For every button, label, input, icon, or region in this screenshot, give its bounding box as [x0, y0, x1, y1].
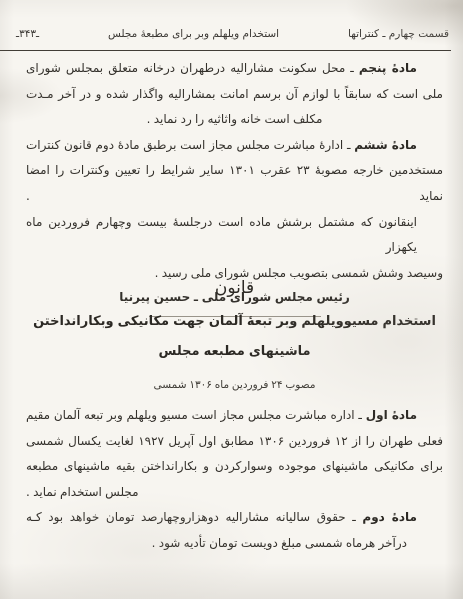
header-page-number: ـ۳۴۳ـ — [16, 28, 39, 40]
header-rule — [0, 50, 451, 51]
article-six-label: مادهٔ ششم — [354, 138, 417, 152]
new-law-section: قانون استخدام مسیوویلهلم وبر تبعهٔ آلمان… — [26, 276, 443, 557]
article-two-paragraph: مادهٔ دوم ـ حقوق سالیانه مشارالیه دوهزار… — [26, 505, 443, 556]
law-articles: مادهٔ اول ـ اداره مباشرت مجلس مجاز است م… — [26, 403, 443, 557]
ratification-paragraph: اینقانون که مشتمل برشش ماده است درجلسهٔ … — [26, 210, 443, 287]
article-one-text-1: ـ اداره مباشرت مجلس مجاز است مسیو ویلهلم… — [26, 408, 362, 422]
article-five-line-2: ملی است که سابقاً با لوازم آن برسم امانت… — [26, 82, 443, 108]
article-one-line-3: برای مکانیکی ماشینهای موجوده وسوارکردن و… — [26, 454, 443, 480]
article-one-line-4: مجلس استخدام نماید . — [26, 480, 443, 506]
article-six-paragraph: مادهٔ ششم ـ ادارهٔ مباشرت مجلس مجاز است … — [26, 133, 443, 210]
ratification-line-1: اینقانون که مشتمل برشش ماده است درجلسهٔ … — [26, 210, 443, 261]
article-two-label: مادهٔ دوم — [362, 510, 417, 524]
article-one-label: مادهٔ اول — [366, 408, 417, 422]
scanned-document-page: قسمت چهارم ـ کنتراتها استخدام ویلهلم وبر… — [0, 0, 463, 599]
page-header: قسمت چهارم ـ کنتراتها استخدام ویلهلم وبر… — [16, 28, 449, 40]
law-approval-date: مصوب ۲۴ فروردین ماه ۱۳۰۶ شمسی — [26, 379, 443, 392]
article-one-paragraph: مادهٔ اول ـ اداره مباشرت مجلس مجاز است م… — [26, 403, 443, 505]
article-five-line-3: مکلف است خانه واثاثیه را رد نماید . — [26, 107, 443, 133]
article-two-line-1: مادهٔ دوم ـ حقوق سالیانه مشارالیه دوهزار… — [26, 505, 443, 531]
article-five-label: مادهٔ پنجم — [359, 61, 417, 75]
law-title: قانون — [26, 276, 443, 300]
article-five-text-1: ـ محل سکونت مشارالیه درطهران درخانه متعل… — [26, 61, 354, 75]
article-six-text-1: ـ ادارهٔ مباشرت مجلس مجاز است برطبق ماده… — [26, 138, 351, 152]
article-two-text-1: ـ حقوق سالیانه مشارالیه دوهزاروچهارصد تو… — [26, 510, 356, 524]
article-five-paragraph: مادهٔ پنجم ـ محل سکونت مشارالیه درطهران … — [26, 56, 443, 133]
law-subtitle-line-2: ماشینهای مطبعه مجلس — [26, 342, 443, 362]
header-section-label: قسمت چهارم ـ کنتراتها — [348, 28, 449, 40]
article-five-line-1: مادهٔ پنجم ـ محل سکونت مشارالیه درطهران … — [26, 56, 443, 82]
law-subtitle-line-1: استخدام مسیوویلهلم وبر تبعهٔ آلمان جهت م… — [26, 312, 443, 332]
header-running-title: استخدام ویلهلم وبر برای مطبعهٔ مجلس — [108, 28, 279, 40]
article-one-line-2: فعلی طهران را از ۱۲ فروردین ۱۳۰۶ مطابق ا… — [26, 429, 443, 455]
article-one-line-1: مادهٔ اول ـ اداره مباشرت مجلس مجاز است م… — [26, 403, 443, 429]
article-six-line-2: مستخدمین خارجه مصوبهٔ ۲۳ عقرب ۱۳۰۱ سایر … — [26, 158, 443, 209]
article-two-line-2: درآخر هرماه شمسی مبلغ دویست تومان تأدیه … — [26, 531, 443, 557]
article-six-line-1: مادهٔ ششم ـ ادارهٔ مباشرت مجلس مجاز است … — [26, 133, 443, 159]
